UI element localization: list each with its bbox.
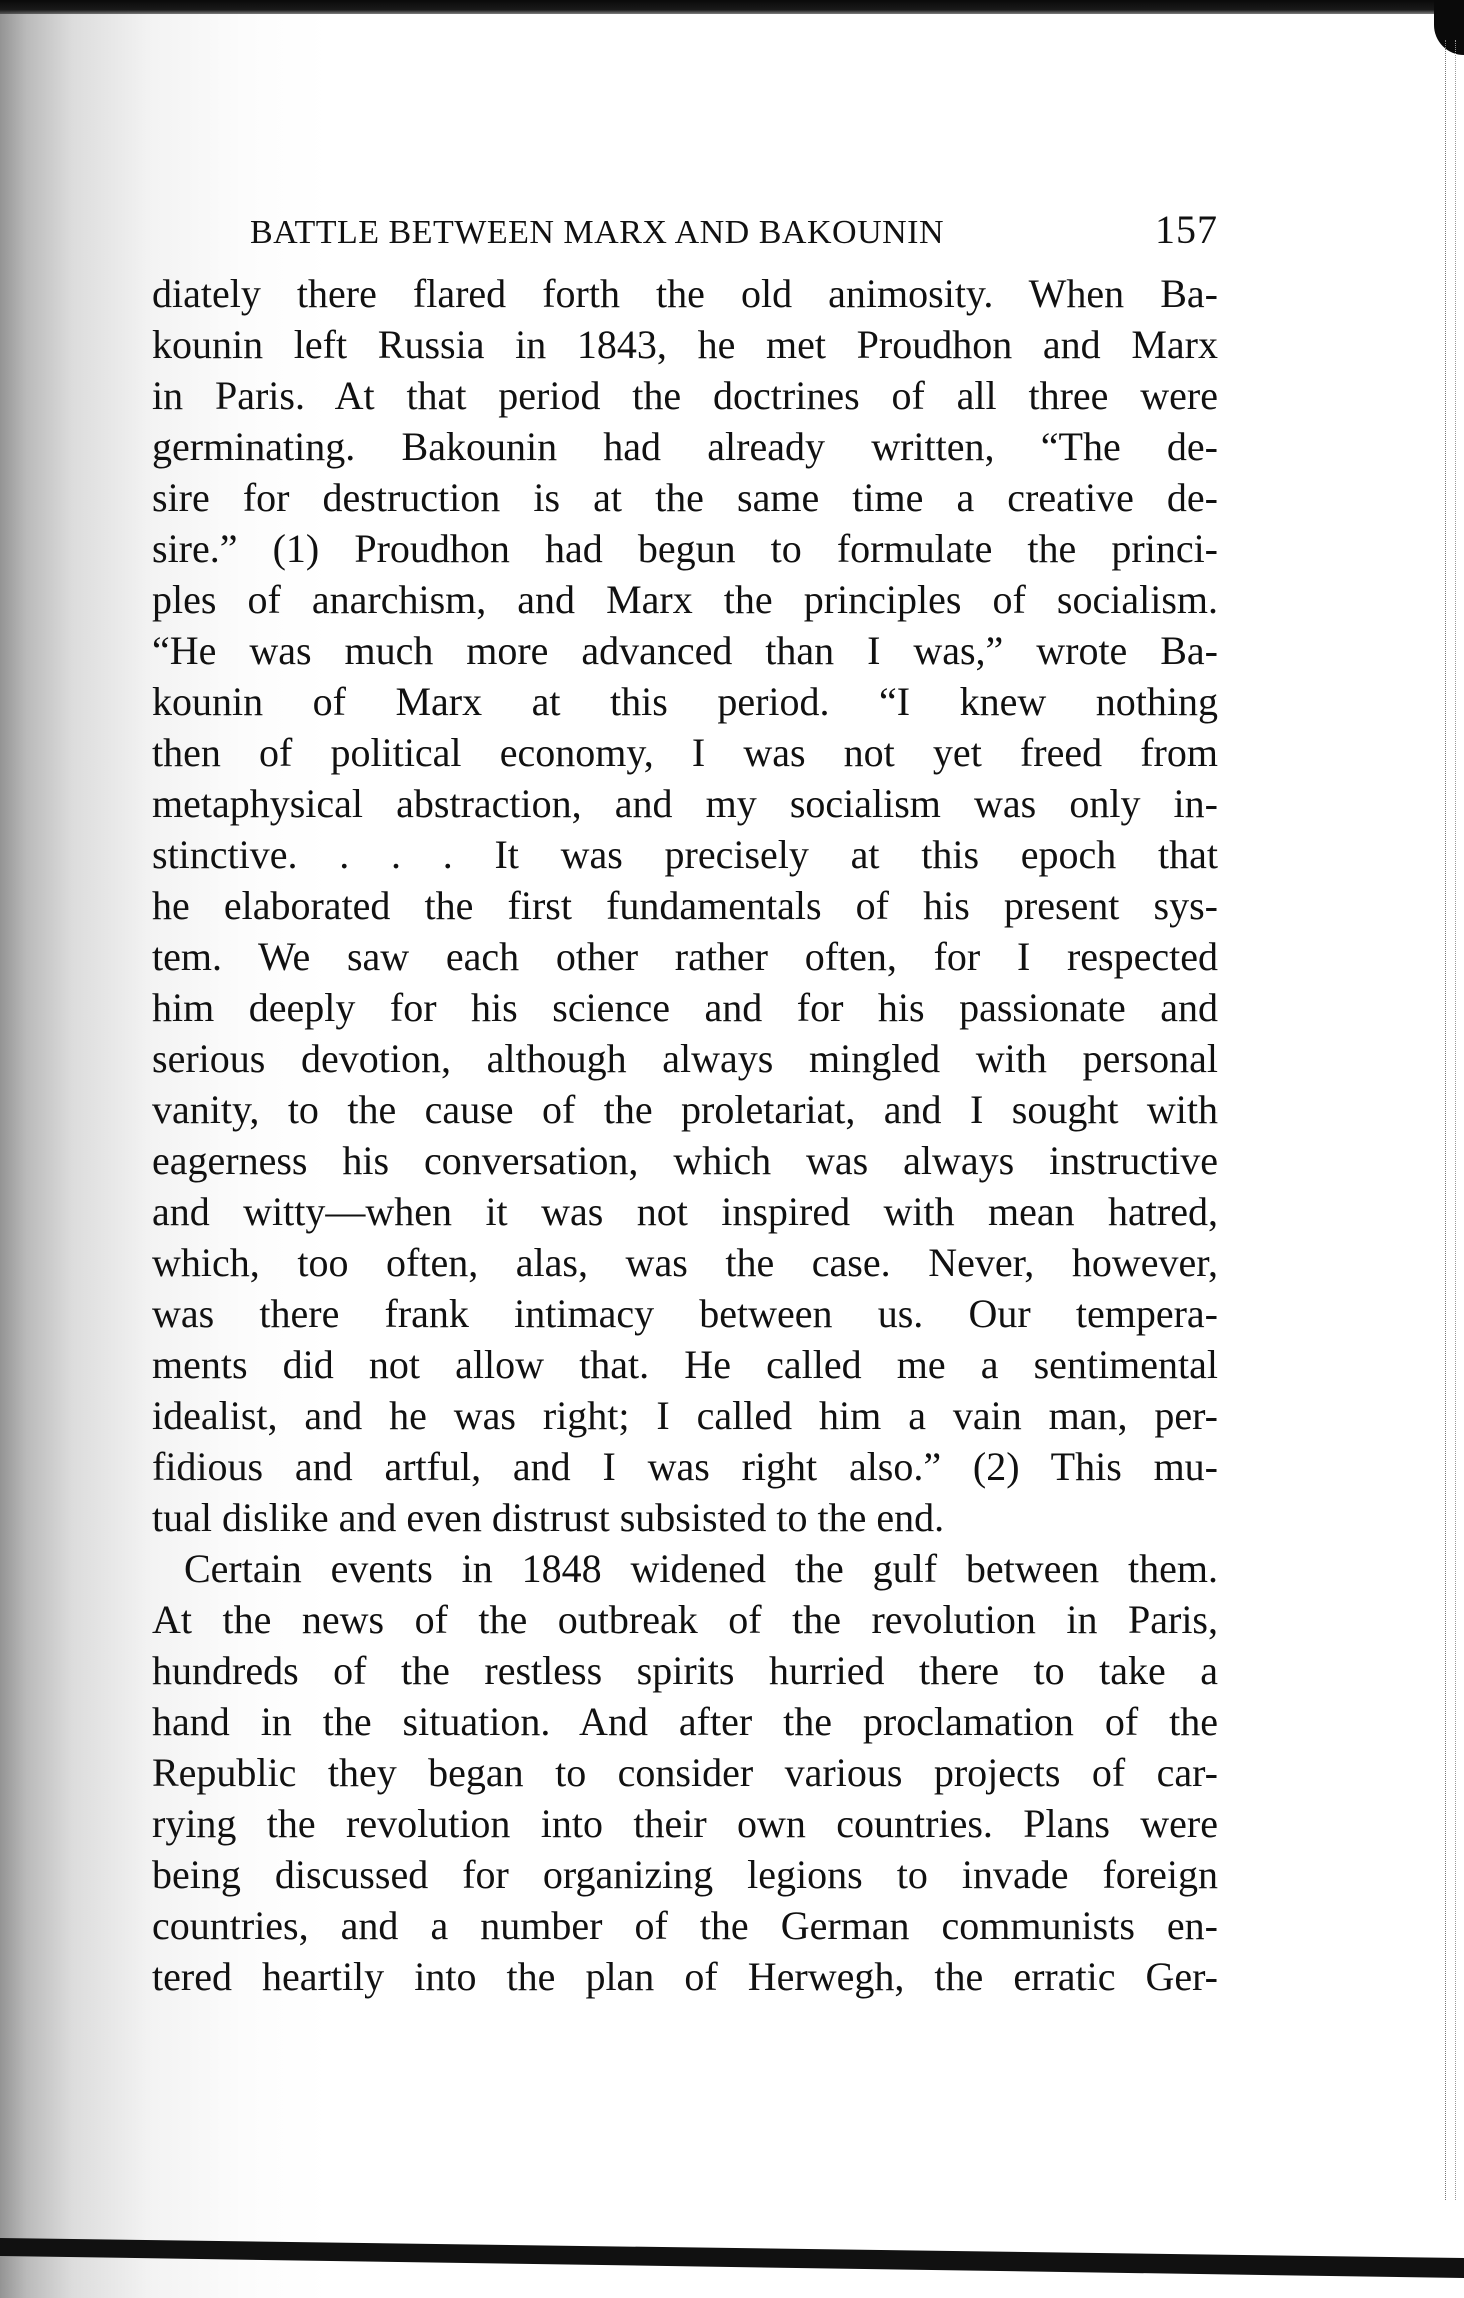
text-line: him deeply for his science and for his p… bbox=[152, 982, 1218, 1033]
body-text: diately there flared forth the old animo… bbox=[152, 268, 1218, 2002]
text-line: tered heartily into the plan of Herwegh,… bbox=[152, 1951, 1218, 2002]
text-line: fidious and artful, and I was right also… bbox=[152, 1441, 1218, 1492]
text-line: ples of anarchism, and Marx the principl… bbox=[152, 574, 1218, 625]
text-line: Certain events in 1848 widened the gulf … bbox=[152, 1543, 1218, 1594]
text-line: At the news of the outbreak of the revol… bbox=[152, 1594, 1218, 1645]
running-header: BATTLE BETWEEN MARX AND BAKOUNIN 157 bbox=[250, 206, 1218, 253]
text-line: metaphysical abstraction, and my sociali… bbox=[152, 778, 1218, 829]
top-right-scan-edge bbox=[1434, 0, 1464, 55]
text-line: rying the revolution into their own coun… bbox=[152, 1798, 1218, 1849]
paragraph-2: Certain events in 1848 widened the gulf … bbox=[152, 1543, 1218, 2002]
running-head-title: BATTLE BETWEEN MARX AND BAKOUNIN bbox=[250, 214, 944, 252]
text-line: tual dislike and even distrust subsisted… bbox=[152, 1492, 1218, 1543]
text-line: sire for destruction is at the same time… bbox=[152, 472, 1218, 523]
text-line: countries, and a number of the German co… bbox=[152, 1900, 1218, 1951]
right-page-edge bbox=[1445, 40, 1446, 2200]
text-line: and witty—when it was not inspired with … bbox=[152, 1186, 1218, 1237]
text-line: idealist, and he was right; I called him… bbox=[152, 1390, 1218, 1441]
text-line: tem. We saw each other rather often, for… bbox=[152, 931, 1218, 982]
text-line: eagerness his conversation, which was al… bbox=[152, 1135, 1218, 1186]
paragraph-1: diately there flared forth the old animo… bbox=[152, 268, 1218, 1543]
right-page-edge-outer bbox=[1455, 40, 1456, 2200]
text-line: ments did not allow that. He called me a… bbox=[152, 1339, 1218, 1390]
text-line: he elaborated the first fundamentals of … bbox=[152, 880, 1218, 931]
text-line: was there frank intimacy between us. Our… bbox=[152, 1288, 1218, 1339]
text-line: Republic they began to consider various … bbox=[152, 1747, 1218, 1798]
text-line: “He was much more advanced than I was,” … bbox=[152, 625, 1218, 676]
text-line: kounin left Russia in 1843, he met Proud… bbox=[152, 319, 1218, 370]
page-number: 157 bbox=[1155, 206, 1218, 253]
text-line: hand in the situation. And after the pro… bbox=[152, 1696, 1218, 1747]
text-line: then of political economy, I was not yet… bbox=[152, 727, 1218, 778]
text-line: diately there flared forth the old animo… bbox=[152, 268, 1218, 319]
text-line: vanity, to the cause of the proletariat,… bbox=[152, 1084, 1218, 1135]
scanned-book-page: BATTLE BETWEEN MARX AND BAKOUNIN 157 dia… bbox=[0, 0, 1464, 2298]
top-scan-border bbox=[0, 0, 1464, 14]
text-line: serious devotion, although always mingle… bbox=[152, 1033, 1218, 1084]
text-line: which, too often, alas, was the case. Ne… bbox=[152, 1237, 1218, 1288]
text-line: sire.” (1) Proudhon had begun to formula… bbox=[152, 523, 1218, 574]
text-line: germinating. Bakounin had already writte… bbox=[152, 421, 1218, 472]
text-line: being discussed for organizing legions t… bbox=[152, 1849, 1218, 1900]
text-line: in Paris. At that period the doctrines o… bbox=[152, 370, 1218, 421]
text-line: hundreds of the restless spirits hurried… bbox=[152, 1645, 1218, 1696]
text-line: kounin of Marx at this period. “I knew n… bbox=[152, 676, 1218, 727]
text-line: stinctive. . . . It was precisely at thi… bbox=[152, 829, 1218, 880]
